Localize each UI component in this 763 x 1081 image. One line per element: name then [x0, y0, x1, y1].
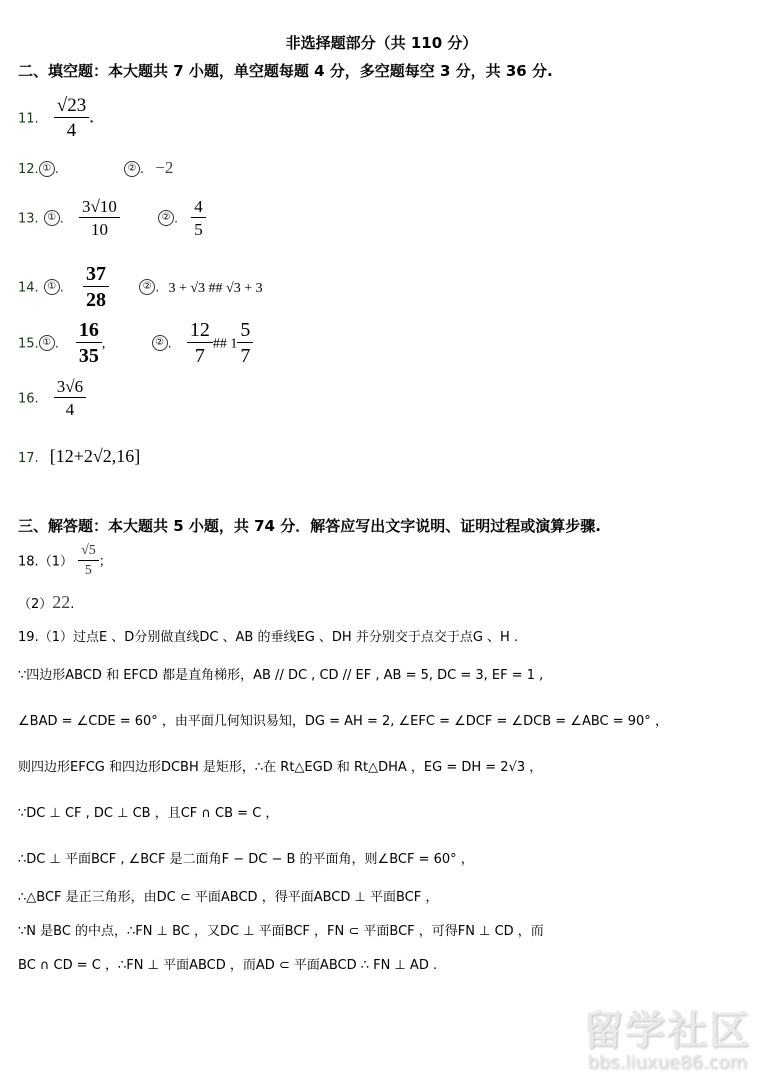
section-2-heading: 二、填空题：本大题共 7 小题，单空题每题 4 分，多空题每空 3 分，共 36…: [18, 60, 553, 81]
question-18-part-2: （2）22.: [18, 592, 74, 613]
question-number: 11.: [18, 112, 39, 127]
question-number: 12.: [18, 162, 39, 177]
fraction: 4 5: [191, 198, 206, 238]
question-19-line-7: ∴△BCF 是正三角形，由DC ⊂ 平面ABCD ，得平面ABCD ⊥ 平面BC…: [18, 886, 438, 905]
question-19-line-9: BC ∩ CD = C ，∴FN ⊥ 平面ABCD ，而AD ⊂ 平面ABCD …: [18, 954, 437, 973]
circled-one-marker: ①: [39, 161, 55, 177]
fraction: 37 28: [83, 264, 109, 310]
watermark-url: bbs.liuxue86.com: [583, 1053, 751, 1073]
answer-value: 3 + √3 ## √3 + 3: [168, 281, 262, 296]
question-19-line-1: 19.（1）过点E 、D分别做直线DC 、AB 的垂线EG 、DH 并分别交于点…: [18, 626, 518, 645]
fraction: 16 35: [76, 320, 102, 366]
mixed-fraction: 5 7: [237, 320, 253, 366]
circled-one-marker: ①: [44, 279, 60, 295]
fraction: 3√6 4: [54, 378, 86, 418]
question-13: 13. ①. 3√10 10 ②. 4 5: [18, 198, 206, 238]
section-3-heading: 三、解答题：本大题共 5 小题，共 74 分．解答应写出文字说明、证明过程或演算…: [18, 515, 601, 536]
question-14: 14. ①. 37 28 ②. 3 + √3 ## √3 + 3: [18, 264, 263, 310]
question-18-part-1: 18.（1） √5 5 ；: [18, 544, 112, 578]
fraction: √5 5: [78, 544, 99, 578]
question-number: 14.: [18, 281, 39, 296]
circled-two-marker: ②: [139, 279, 155, 295]
question-number: 17.: [18, 451, 39, 466]
circled-two-marker: ②: [124, 161, 140, 177]
circled-two-marker: ②: [152, 335, 168, 351]
watermark-logo: 留学社区 bbs.liuxue86.com: [583, 1009, 751, 1073]
page-title: 非选择题部分（共 110 分）: [0, 32, 763, 53]
question-16: 16. 3√6 4: [18, 378, 86, 418]
question-17: 17. [12+2√2,16]: [18, 446, 140, 467]
fraction: 12 7: [187, 320, 213, 366]
answer-value: [12+2√2,16]: [50, 446, 141, 466]
question-19-line-3: ∠BAD = ∠CDE = 60° ，由平面几何知识易知，DG = AH = 2…: [18, 710, 668, 729]
question-11: 11. √23 4 .: [18, 96, 94, 140]
question-19-line-4: 则四边形EFCG 和四边形DCBH 是矩形，∴在 Rt△EGD 和 Rt△DHA…: [18, 756, 542, 775]
question-number: 16.: [18, 392, 39, 407]
question-19-line-2: ∵四边形ABCD 和 EFCD 都是直角梯形，AB // DC , CD // …: [18, 664, 543, 683]
question-19-line-6: ∴DC ⊥ 平面BCF , ∠BCF 是二面角F − DC − B 的平面角，则…: [18, 848, 474, 867]
question-number: 19.: [18, 630, 39, 645]
fraction: 3√10 10: [79, 198, 120, 238]
circled-two-marker: ②: [158, 210, 174, 226]
question-19-line-8: ∵N 是BC 的中点，∴FN ⊥ BC ，又DC ⊥ 平面BCF ，FN ⊂ 平…: [18, 920, 544, 939]
question-number: 15.: [18, 337, 39, 352]
answer-value: −2: [155, 158, 173, 177]
answer-value: 22: [52, 592, 70, 612]
circled-one-marker: ①: [39, 335, 55, 351]
question-number: 13.: [18, 212, 39, 227]
fraction: √23 4: [54, 96, 89, 140]
question-15: 15.①. 16 35 , ②. 12 7 ## 1 5 7: [18, 320, 253, 366]
circled-one-marker: ①: [44, 210, 60, 226]
watermark-brand: 留学社区: [583, 1009, 751, 1053]
question-number: 18.: [18, 555, 39, 570]
question-19-line-5: ∵DC ⊥ CF , DC ⊥ CB ，且CF ∩ CB = C ，: [18, 802, 278, 821]
question-12: 12.①. ②. −2: [18, 158, 173, 178]
